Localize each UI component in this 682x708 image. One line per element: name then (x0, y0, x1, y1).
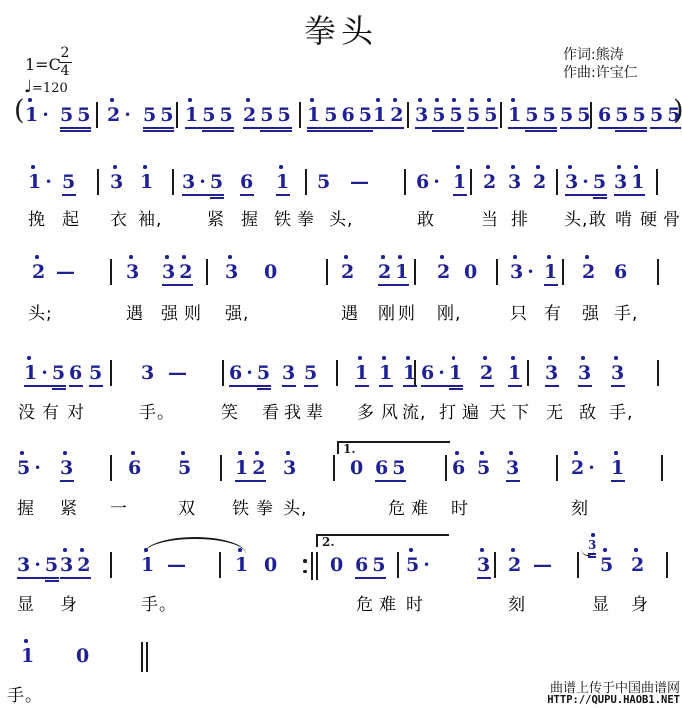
note-token: 1 (403, 362, 420, 384)
lyric: 笑 (221, 398, 239, 423)
barline (590, 102, 592, 128)
barline (206, 259, 208, 285)
lyric: 只 (510, 299, 528, 324)
note-token: 6· (416, 171, 444, 193)
note-token: 255 (243, 104, 295, 126)
note-token: 2 (341, 261, 358, 283)
note-token: 0 (464, 261, 481, 283)
lyric: 头, (564, 205, 588, 230)
note-token: 12 (373, 104, 407, 126)
lyric: 衣 (110, 205, 128, 230)
note-token: 3 (611, 362, 628, 384)
lyric: 啃 (615, 205, 633, 230)
lyric: 流, (402, 398, 426, 423)
lyric: 时 (451, 494, 469, 519)
lyric: 时 (406, 590, 424, 615)
lyric: 握 (241, 205, 259, 230)
note-token: 1 (141, 554, 158, 576)
barline (666, 552, 668, 578)
note-token: 12 (235, 457, 269, 479)
note-token: 1· (28, 171, 56, 193)
note-token: 2· (571, 457, 599, 479)
note-token: 5 (317, 171, 334, 193)
barline (333, 455, 335, 481)
note-token: 6 (240, 171, 257, 193)
music-line-4: 1·5653—6·5351116·121333 (0, 362, 682, 386)
note-token: 5 (178, 457, 195, 479)
lyric: 则 (398, 299, 416, 324)
note-token: 3 (578, 362, 595, 384)
note-token: 3·5 (182, 171, 227, 193)
note-token: 1 (276, 171, 293, 193)
grace-note: 3 (588, 539, 596, 551)
note-token: 5 (62, 171, 79, 193)
lyrics-line-3: 头;遇强则强,遇刚则刚,只有强手, (0, 299, 682, 319)
barline (657, 360, 659, 386)
slur (144, 537, 246, 554)
lyrics-line-5: 握紧一双铁拳头,危难时刻 (0, 494, 682, 514)
lyric: 一 (110, 494, 128, 519)
note-token: 6 (614, 261, 631, 283)
note-token: 0 (76, 645, 93, 667)
note-token: 32 (60, 554, 94, 576)
note-token: 2· (107, 104, 135, 126)
barline (97, 169, 99, 195)
note-token: 53 (600, 554, 617, 576)
barline (445, 455, 447, 481)
note-token: 155 (185, 104, 237, 126)
barline (397, 552, 399, 578)
lyric: 则 (184, 299, 202, 324)
barline (220, 455, 222, 481)
barline (110, 360, 112, 386)
lyric: 双 (178, 494, 196, 519)
lyric: 刚, (437, 299, 461, 324)
lyric: 没 (18, 398, 36, 423)
barline (176, 102, 178, 128)
note-token: 3·5 (565, 171, 610, 193)
note-token: 1 (453, 171, 470, 193)
note-token: 1 (355, 362, 372, 384)
volta-bracket-1: 1. (337, 441, 450, 454)
note-token: 5 (89, 362, 106, 384)
note-token: 5 (304, 362, 321, 384)
lyric: 遇 (341, 299, 359, 324)
barline (222, 360, 224, 386)
lyric: 敌 (579, 398, 597, 423)
lyric: 难 (379, 590, 397, 615)
barline (496, 259, 498, 285)
lyric: 拳 (297, 205, 315, 230)
barline (305, 169, 307, 195)
lyric: 手, (609, 398, 633, 423)
lyric: 危 (388, 494, 406, 519)
lyric: 打 (439, 398, 457, 423)
lyric: 手。 (141, 590, 177, 615)
note-token: 3 (508, 171, 525, 193)
note-token: 2 (480, 362, 497, 384)
barline (500, 102, 502, 128)
barline (656, 169, 658, 195)
lyric: 强 (582, 299, 600, 324)
lyric: 天 (489, 398, 507, 423)
note-token: — (350, 171, 373, 193)
note-token: — (167, 554, 190, 576)
note-token: 65 (355, 554, 389, 576)
note-token: 2 (582, 261, 599, 283)
sheet-music-page: 拳头 1=C 2 4 ♩=120 作词:熊涛 作曲:许宝仁 (1·552·551… (0, 0, 682, 708)
note-token: 655 (598, 104, 650, 126)
footer-site-url[interactable]: HTTP://QUPU.HAOB1.NET (547, 694, 680, 706)
lyric: 铁 (274, 205, 292, 230)
lyric: 刻 (571, 494, 589, 519)
note-token: 2 (437, 261, 454, 283)
lyric: 身 (60, 590, 78, 615)
lyrics-line-6: 显身手。危难时刻显身 (0, 590, 682, 610)
note-token: 3 (283, 457, 300, 479)
lyric: 难 (411, 494, 429, 519)
lyric: 看 (262, 398, 280, 423)
lyric: 紧 (60, 494, 78, 519)
note-token: 6 (452, 457, 469, 479)
note-token: 0 (330, 554, 347, 576)
note-token: 1 (544, 261, 561, 283)
final-barline (141, 642, 148, 672)
barline (562, 259, 564, 285)
note-token: 1 (140, 171, 157, 193)
lyric: 刻 (508, 590, 526, 615)
barline (336, 360, 338, 386)
note-token: 5· (406, 554, 434, 576)
lyric: 铁 (232, 494, 250, 519)
lyric: 辈 (306, 398, 324, 423)
note-token: 6 (69, 362, 86, 384)
lyric: 头; (28, 299, 53, 324)
lyric: 对 (67, 398, 85, 423)
note-token: 3 (545, 362, 562, 384)
note-token: 5· (17, 457, 45, 479)
note-token: 2 (508, 554, 525, 576)
note-token: 3 (60, 457, 77, 479)
lyric: 身 (631, 590, 649, 615)
lyrics-line-4: 没有对手。笑看我辈多风流,打遍天下无敌手, (0, 398, 682, 418)
note-token: — (533, 554, 556, 576)
lyric: 排 (511, 205, 529, 230)
note-token: 2 (631, 554, 648, 576)
lyric: 手, (614, 299, 638, 324)
lyric: 手。 (139, 398, 175, 423)
barline (577, 552, 579, 578)
note-token: 2 (483, 171, 500, 193)
lyric: 袖, (138, 205, 162, 230)
lyric: 头, (329, 205, 353, 230)
lyric: 起 (62, 205, 80, 230)
note-token: 0 (264, 261, 281, 283)
note-token: 3 (141, 362, 158, 384)
note-token: 3 (126, 261, 143, 283)
barline (110, 455, 112, 481)
barline (172, 169, 174, 195)
lyric: 显 (17, 590, 35, 615)
lyric: 风 (381, 398, 399, 423)
volta-bracket-2: 2. (316, 534, 449, 547)
lyric: 紧 (207, 205, 225, 230)
barline (326, 259, 328, 285)
note-token: 1 (379, 362, 396, 384)
lyric: 无 (546, 398, 564, 423)
barline (110, 259, 112, 285)
note-token: 3·5 (17, 554, 62, 576)
barline (110, 552, 112, 578)
lyric: 骨 (663, 205, 681, 230)
note-token: 55 (60, 104, 94, 126)
barline (414, 360, 416, 386)
music-line-1: (1·552·55155255156512355551555565555) (0, 104, 682, 128)
barline (404, 169, 406, 195)
note-token: 1565 (307, 104, 376, 126)
barline (470, 169, 472, 195)
lyric: 我 (284, 398, 302, 423)
barline (414, 259, 416, 285)
note-token: 6·5 (229, 362, 274, 384)
intro-paren: ) (673, 100, 682, 122)
note-token: 55 (143, 104, 177, 126)
lyric: 敢 (589, 205, 607, 230)
note-token: 1 (21, 645, 38, 667)
lyric: 握 (17, 494, 35, 519)
note-token: 21 (378, 261, 412, 283)
note-token: 5 (477, 457, 494, 479)
lyric: 强, (225, 299, 249, 324)
lyric: 遍 (462, 398, 480, 423)
music-line-6: 3·5321—100655·32—532 (0, 554, 682, 578)
music-line-3: 2—33230221203·126 (0, 261, 682, 285)
lyric: 刚 (378, 299, 396, 324)
note-token: 2 (533, 171, 550, 193)
music-line-5: 5·3651230656532·1 (0, 457, 682, 481)
note-token: 55 (467, 104, 501, 126)
lyric: 危 (356, 590, 374, 615)
note-token: 3 (225, 261, 242, 283)
lyric: 头, (283, 494, 307, 519)
note-token: 355 (415, 104, 467, 126)
barline (407, 102, 409, 128)
barline (527, 360, 529, 386)
note-token: 32 (162, 261, 196, 283)
note-token: 3 (506, 457, 523, 479)
barline (556, 169, 558, 195)
barline (96, 102, 98, 128)
lyric: 硬 (640, 205, 658, 230)
note-token: 1 (508, 362, 525, 384)
note-token: — (168, 362, 191, 384)
note-token: 3· (510, 261, 538, 283)
lyric: 多 (357, 398, 375, 423)
note-token: 1 (611, 457, 628, 479)
lyric: 有 (42, 398, 60, 423)
music-line-7: 10 (0, 645, 682, 669)
note-token: 0 (264, 554, 281, 576)
repeat-sign (303, 552, 318, 580)
music-line-2: 1·5313·5615—6·12323·531 (0, 171, 682, 195)
barline (299, 102, 301, 128)
lyric: 挽 (28, 205, 46, 230)
barline (657, 259, 659, 285)
note-token: 0 (350, 457, 367, 479)
note-token: 1· (25, 104, 53, 126)
lyric: 敢 (417, 205, 435, 230)
note-token: 2 (32, 261, 49, 283)
lyric: 强 (161, 299, 179, 324)
note-token: 3 (110, 171, 127, 193)
lyric: 拳 (256, 494, 274, 519)
barline (494, 552, 496, 578)
lyric: 遇 (126, 299, 144, 324)
lyric: 当 (481, 205, 499, 230)
note-token: 3 (282, 362, 299, 384)
barline (556, 455, 558, 481)
intro-paren: ( (14, 100, 25, 122)
note-token: — (56, 261, 79, 283)
lyric: 手。 (7, 681, 43, 706)
lyrics-line-2: 挽起衣袖,紧握铁拳头,敢当排头,敢啃硬骨 (0, 205, 682, 225)
note-token: 31 (614, 171, 648, 193)
note-token: 155 (508, 104, 560, 126)
note-token: 6 (128, 457, 145, 479)
score: (1·552·55155255156512355551555565555)1·5… (0, 0, 682, 708)
barline (661, 455, 663, 481)
note-token: 1 (235, 554, 252, 576)
lyric: 有 (544, 299, 562, 324)
barline (219, 552, 221, 578)
lyric: 显 (592, 590, 610, 615)
note-token: 6·1 (421, 362, 466, 384)
lyric: 下 (512, 398, 530, 423)
note-token: 3 (477, 554, 494, 576)
note-token: 65 (375, 457, 409, 479)
note-token: 1·5 (24, 362, 69, 384)
